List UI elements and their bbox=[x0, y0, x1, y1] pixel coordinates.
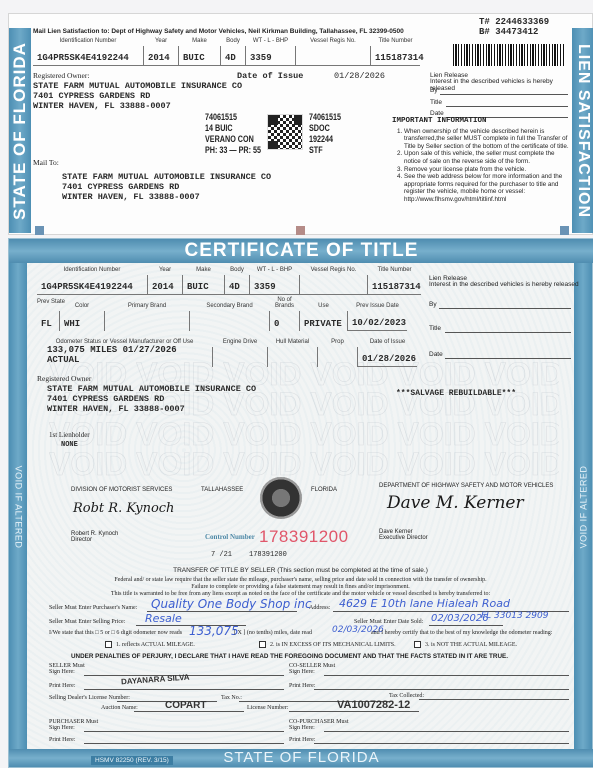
barcode bbox=[453, 44, 565, 66]
executive-signature: Dave M. Kerner bbox=[387, 493, 524, 513]
certificate-footer: STATE OF FLORIDA HSMV 82250 (REV. 3/15) bbox=[9, 749, 593, 767]
certificate-header: CERTIFICATE OF TITLE bbox=[9, 239, 593, 263]
option-actual-mileage[interactable]: 1. reflects ACTUAL MILEAGE. bbox=[105, 641, 195, 648]
blue-marker bbox=[35, 226, 44, 235]
lien-satisfaction-stub: STATE OF FLORIDA LIEN SATISFACTION Mail … bbox=[8, 13, 593, 235]
cert-registered-owner-label: Registered Owner bbox=[37, 374, 91, 383]
cert-lien-by-line[interactable] bbox=[439, 308, 571, 309]
cert-brand-row: Prev StateFL ColorWHI Primary Brand Seco… bbox=[37, 311, 407, 331]
year-value: 2014 bbox=[148, 53, 170, 63]
registration-sticker-left: 7406151514 BUICVERANO CONPH: 33 — PR: 55 bbox=[205, 112, 261, 156]
cert-date-of-issue: 01/28/2026 bbox=[362, 354, 416, 364]
b-number: B# 34473412 bbox=[479, 27, 538, 38]
address-value: 4629 E 10th lane Hialeah Road bbox=[339, 597, 510, 610]
tax-collected-field[interactable] bbox=[419, 699, 569, 700]
date-sold-value: 02/03/2026 bbox=[431, 613, 489, 624]
date-of-issue-label: Date of Issue bbox=[237, 71, 303, 81]
executive-name: Dave KernerExecutive Director bbox=[379, 529, 428, 541]
stub-vehicle-fields: Identification Number1G4PR5SK4E4192244 Y… bbox=[33, 46, 420, 66]
purchaser-print-field[interactable] bbox=[84, 743, 284, 744]
cert-odometer-row: Odometer Status or Vessel Manufacturer o… bbox=[37, 347, 417, 367]
mail-to-label: Mail To: bbox=[33, 158, 59, 167]
option-excess-limits[interactable]: 2. is IN EXCESS OF ITS MECHANICAL LIMITS… bbox=[259, 641, 396, 648]
director-signature: Robt R. Kynoch bbox=[73, 501, 174, 516]
copurchaser-print-field[interactable] bbox=[314, 743, 569, 744]
selling-price-value: Resale bbox=[145, 612, 182, 625]
cert-owner-address: STATE FARM MUTUAL AUTOMOBILE INSURANCE C… bbox=[47, 384, 256, 414]
state-of-florida-band: STATE OF FLORIDA bbox=[9, 28, 31, 233]
state-label: FLORIDA bbox=[311, 487, 337, 493]
weight-value: 3359 bbox=[250, 53, 272, 63]
odometer-reading-value: 133,075 bbox=[189, 624, 239, 638]
transfer-title: TRANSFER OF TITLE BY SELLER (This sectio… bbox=[9, 567, 592, 574]
checkbox[interactable] bbox=[259, 641, 266, 648]
checkbox[interactable] bbox=[414, 641, 421, 648]
void-if-altered-right: VOID IF ALTERED bbox=[574, 263, 592, 751]
lien-release-text: Interest in the described vehicles is he… bbox=[430, 78, 572, 92]
qr-code bbox=[267, 114, 303, 150]
mail-lien-header: Mail Lien Satisfaction to: Dept of Highw… bbox=[33, 28, 404, 35]
red-marker bbox=[296, 226, 305, 235]
cert-lien-title-line[interactable] bbox=[445, 332, 571, 333]
florida-state-seal-icon bbox=[260, 477, 302, 519]
license-number-field[interactable] bbox=[289, 711, 419, 712]
vin-value: 1G4PR5SK4E4192244 bbox=[41, 282, 133, 292]
control-number: 178391200 bbox=[259, 527, 349, 547]
prev-issue-date: 10/02/2023 bbox=[352, 318, 406, 328]
vin-value: 1G4PR5SK4E4192244 bbox=[37, 53, 129, 63]
title-number-value: 115187314 bbox=[375, 53, 424, 63]
odometer-status: 133,075 MILES 01/27/2026 ACTUAL bbox=[47, 345, 212, 365]
lien-title-line[interactable] bbox=[446, 106, 568, 107]
void-watermark: VOID VOID VOID VOID VOID VOIDVOID VOID V… bbox=[49, 359, 559, 479]
lien-by-line[interactable] bbox=[440, 94, 568, 95]
division-label: DIVISION OF MOTORIST SERVICES bbox=[71, 487, 172, 493]
stub-owner-address: STATE FARM MUTUAL AUTOMOBILE INSURANCE C… bbox=[33, 81, 242, 111]
cert-vehicle-row: Identification Number1G4PR5SK4E4192244 Y… bbox=[37, 275, 421, 295]
coseller-print-field[interactable] bbox=[314, 689, 569, 690]
odometer-statement: I/We state that this □ 5 or □ 6 digit od… bbox=[49, 630, 182, 636]
void-if-altered-left: VOID IF ALTERED bbox=[9, 263, 27, 751]
city-label: TALLAHASSEE bbox=[201, 487, 243, 493]
certificate-of-title: CERTIFICATE OF TITLE VOID IF ALTERED VOI… bbox=[8, 238, 593, 768]
certificate-title: CERTIFICATE OF TITLE bbox=[9, 239, 593, 263]
blue-marker bbox=[560, 226, 569, 235]
auction-name-field[interactable] bbox=[134, 711, 244, 712]
perjury-statement: UNDER PENALTIES OF PERJURY, I DECLARE TH… bbox=[71, 653, 508, 660]
make-value: BUIC bbox=[183, 53, 205, 63]
body-value: 4D bbox=[225, 53, 236, 63]
lien-satisfaction-band: LIEN SATISFACTION bbox=[572, 28, 593, 233]
date-of-issue: 01/28/2026 bbox=[334, 71, 385, 81]
checkbox[interactable] bbox=[105, 641, 112, 648]
form-id: HSMV 82250 (REV. 3/15) bbox=[91, 756, 173, 765]
cert-lien-date-line[interactable] bbox=[445, 358, 571, 359]
salvage-brand: ***SALVAGE REBUILDABLE*** bbox=[396, 389, 516, 398]
use-value: PRIVATE bbox=[304, 319, 342, 329]
lienholder-value: NONE bbox=[61, 441, 78, 449]
department-label: DEPARTMENT OF HIGHWAY SAFETY AND MOTOR V… bbox=[379, 483, 553, 489]
license-number-value: VA1007282-12 bbox=[337, 699, 410, 711]
important-information: IMPORTANT INFORMATION When ownership of … bbox=[392, 118, 572, 204]
title-number-value: 115187314 bbox=[372, 282, 421, 292]
copurchaser-signature-field[interactable] bbox=[324, 731, 569, 732]
purchaser-name-value: Quality One Body Shop inc bbox=[151, 597, 312, 611]
date-sold-field[interactable] bbox=[429, 625, 503, 626]
purchaser-signature-field[interactable] bbox=[84, 731, 284, 732]
coseller-signature-field[interactable] bbox=[324, 675, 569, 676]
control-number-label: Control Number bbox=[205, 533, 255, 541]
auction-name-value: COPART bbox=[165, 700, 206, 711]
option-not-actual[interactable]: 3. is NOT THE ACTUAL MILEAGE. bbox=[414, 641, 517, 648]
director-name: Robert R. KynochDirector bbox=[71, 531, 118, 543]
mail-to-address: STATE FARM MUTUAL AUTOMOBILE INSURANCE C… bbox=[62, 172, 271, 202]
lienholder-label: 1st Lienholder bbox=[49, 431, 90, 439]
registration-sticker-right: 74061515SDOC192244STF bbox=[309, 112, 341, 156]
registered-owner-label: Registered Owner: bbox=[33, 71, 89, 80]
seller-print-field[interactable] bbox=[84, 689, 284, 690]
